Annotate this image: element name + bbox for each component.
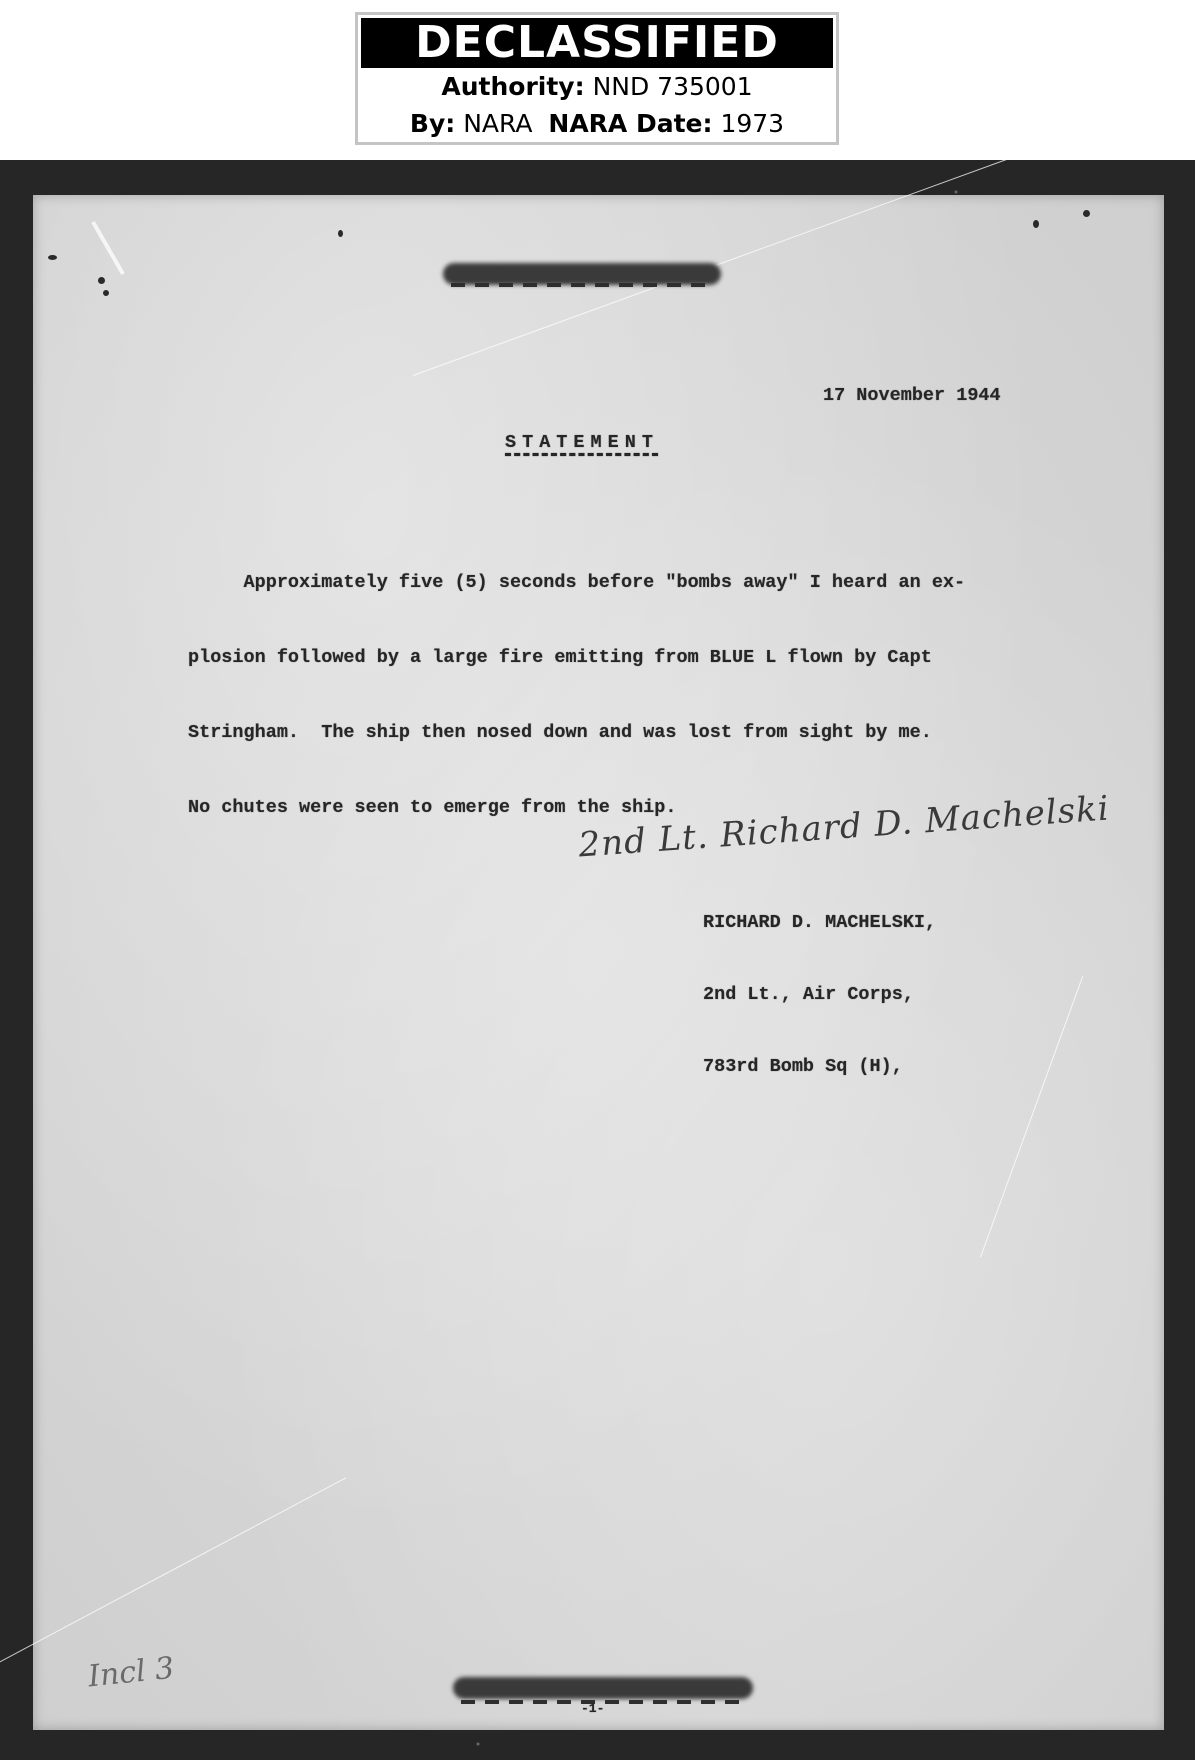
document-page: 17 November 1944 STATEMENT Approximately…	[33, 195, 1164, 1730]
ink-speck	[1083, 210, 1090, 217]
redaction-underline	[451, 283, 713, 287]
ink-speck	[48, 255, 57, 260]
declassification-stamp: DECLASSIFIED Authority: NND 735001 By: N…	[355, 12, 839, 145]
film-scratch	[0, 1477, 346, 1666]
stamp-by-date: By: NARA NARA Date: 1973	[358, 105, 836, 142]
authority-label: Authority:	[441, 72, 584, 101]
film-scratch	[91, 221, 124, 275]
ink-speck	[98, 277, 105, 284]
date-value: 1973	[720, 109, 784, 138]
ink-speck	[103, 290, 109, 296]
by-value: NARA	[463, 109, 532, 138]
date-label: NARA Date:	[548, 109, 712, 138]
signature-block: RICHARD D. MACHELSKI, 2nd Lt., Air Corps…	[703, 863, 936, 1127]
page-number: -1-	[581, 1701, 604, 1716]
redacted-classification-top	[443, 263, 721, 285]
ink-speck	[338, 230, 343, 237]
handwritten-inclosure-note: Incl 3	[86, 1651, 175, 1695]
document-date: 17 November 1944	[823, 385, 1001, 406]
signatory-rank: 2nd Lt., Air Corps,	[703, 983, 936, 1007]
signatory-unit: 783rd Bomb Sq (H),	[703, 1055, 936, 1079]
authority-value: NND 735001	[593, 72, 753, 101]
body-line: Stringham. The ship then nosed down and …	[188, 720, 965, 745]
stamp-title: DECLASSIFIED	[361, 18, 833, 68]
scan-frame: 17 November 1944 STATEMENT Approximately…	[0, 160, 1195, 1760]
redacted-classification-bottom	[453, 1677, 753, 1699]
body-line: Approximately five (5) seconds before "b…	[188, 570, 965, 595]
film-scratch	[980, 975, 1084, 1257]
body-line: plosion followed by a large fire emittin…	[188, 645, 965, 670]
by-label: By:	[410, 109, 455, 138]
ink-speck	[1033, 220, 1039, 228]
stamp-authority: Authority: NND 735001	[358, 68, 836, 105]
signatory-name: RICHARD D. MACHELSKI,	[703, 911, 936, 935]
document-title: STATEMENT	[505, 432, 659, 453]
film-scratch	[413, 108, 1146, 376]
